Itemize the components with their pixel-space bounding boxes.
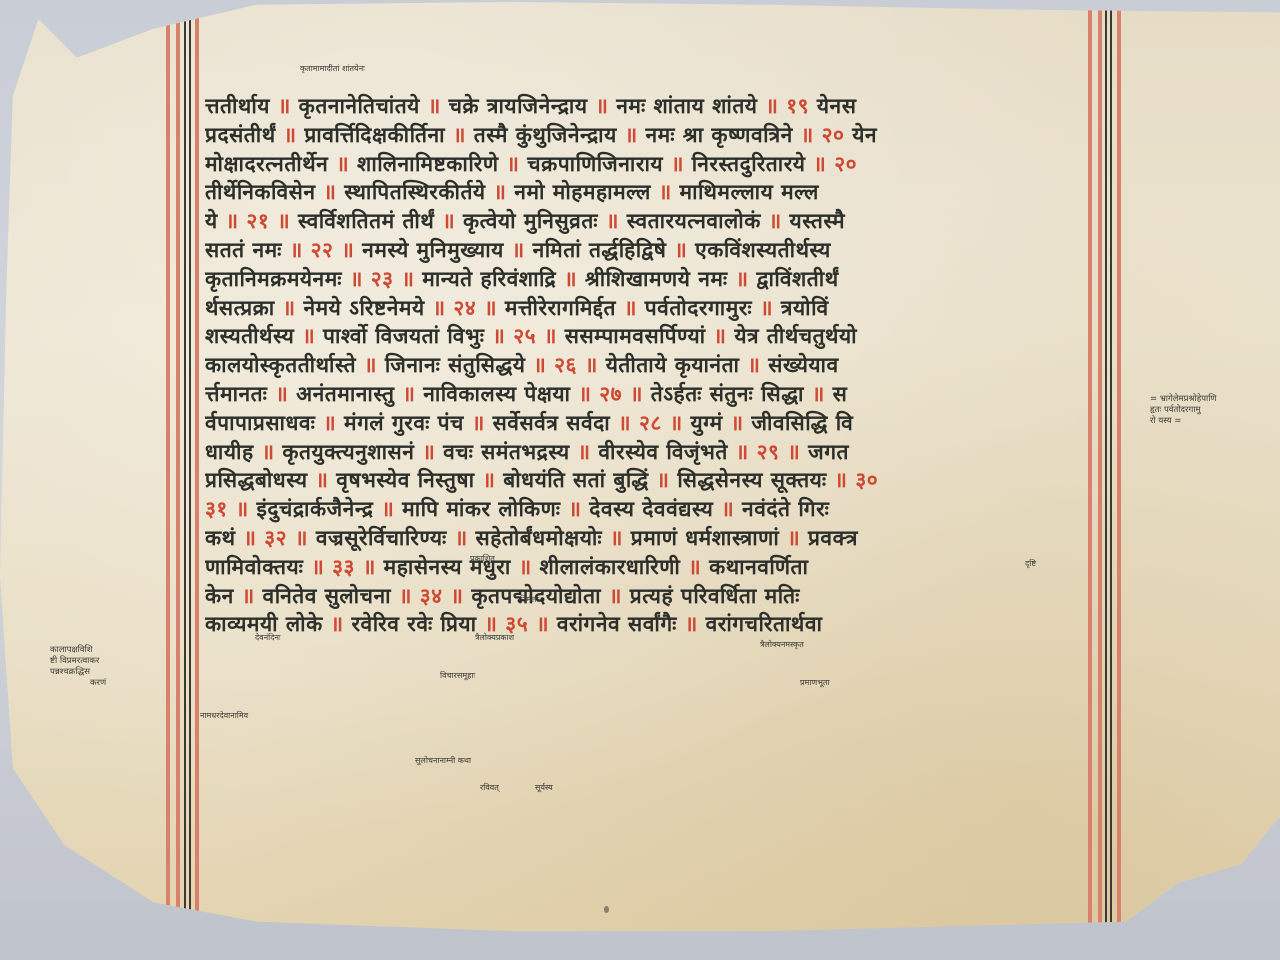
left-border-black-rule <box>189 0 191 960</box>
interlinear-gloss: रविवत् <box>480 782 499 793</box>
text-line: सततं नमः ॥ २२ ॥ नमस्ये मुनिमुख्याय ॥ नमि… <box>205 236 1085 265</box>
margin-note-line: = भ्रागेलेमप्रश्रोहेपाणि <box>1150 394 1217 405</box>
margin-note-line: ष्टी विप्रमरत्वाकर <box>50 656 106 667</box>
text-line: प्रसिद्धबोधस्य ॥ वृषभस्येव निस्तुषा ॥ बो… <box>205 466 1085 495</box>
text-line: कृतानिमक्रमयेनमः ॥ २३ ॥ मान्यते हरिवंशाद… <box>205 265 1085 294</box>
text-line: णामिवोक्तयः ॥ ३३ ॥ महासेनस्य मधुरा ॥ शील… <box>205 553 1085 582</box>
interlinear-gloss: त्रैलोक्यप्रकाश <box>475 632 514 643</box>
text-line: कालयोस्कृततीर्थास्ते ॥ जिनानः संतुसिद्धय… <box>205 351 1085 380</box>
interlinear-gloss: प्रकाशित <box>470 553 495 564</box>
text-line: केन ॥ वनितेव सुलोचना ॥ ३४ ॥ कृतपद्मोदयोद… <box>205 582 1085 611</box>
text-line: धायीह ॥ कृतयुक्त्यनुशासनं ॥ वचः समंतभद्र… <box>205 438 1085 467</box>
interlinear-gloss: सुलोचनानाम्नी कथा <box>415 755 471 766</box>
right-border-black-rule <box>1110 0 1112 960</box>
interlinear-gloss: नामधरदेवानामिव <box>200 710 248 721</box>
text-line: र्त्तमानतः ॥ अनंतमानास्तु ॥ नाविकालस्य प… <box>205 380 1085 409</box>
text-line: ये ॥ २१ ॥ स्वर्विशतितमं तीर्थं ॥ कृत्वेय… <box>205 207 1085 236</box>
interlinear-gloss: कृतामामादीतां शांतयेनः <box>300 64 370 74</box>
text-line: त्ततीर्थाय ॥ कृतनानेतिचांतये ॥ चक्रे त्र… <box>205 92 1085 121</box>
left-border-black-rule <box>184 0 186 960</box>
right-border-red-rule <box>1098 0 1102 960</box>
margin-note-line: पन्नश्चक्रद्धिस <box>50 667 106 678</box>
text-line: कथं ॥ ३२ ॥ वज्रसूरेर्विचारिण्यः ॥ सहेतोर… <box>205 524 1085 553</box>
paper-hole <box>604 906 609 913</box>
interlinear-gloss: देवनंदिनः <box>255 632 281 643</box>
interlinear-gloss: सूर्यस्य <box>535 782 553 793</box>
left-margin-note: कालापक्षविशि ष्टी विप्रमरत्वाकर पन्नश्चक… <box>50 645 106 689</box>
interlinear-gloss: त्रैलोक्यनमस्कृत <box>760 639 804 650</box>
right-margin-note: = भ्रागेलेमप्रश्रोहेपाणि हृतः पर्वतोदरगा… <box>1150 394 1217 427</box>
margin-note-line: रो यस्य = <box>1150 416 1217 427</box>
left-border-red-rule <box>195 0 199 960</box>
right-border-red-rule <box>1117 0 1121 960</box>
margin-note-line: कालापक्षविशि <box>50 645 106 656</box>
text-line: र्वपापाप्रसाधवः ॥ मंगलं गुरवः पंच ॥ सर्व… <box>205 409 1085 438</box>
interlinear-gloss: निर्मला <box>520 594 539 605</box>
text-line: प्रदसंतीर्थं ॥ प्रावर्त्तिदिक्षकीर्तिना … <box>205 121 1085 150</box>
text-line: काव्यमयी लोके ॥ रवेरिव रवेः प्रिया ॥ ३५ … <box>205 610 1085 639</box>
left-border-red-rule <box>166 0 170 960</box>
right-border-red-rule <box>1088 0 1092 960</box>
left-border-red-rule <box>176 0 180 960</box>
interlinear-gloss: विचारसमूहाः <box>440 670 475 681</box>
text-line: ३१ ॥ इंदुचंद्रार्कजैनेन्द्र ॥ मापि मांकर… <box>205 495 1085 524</box>
text-line: र्थसत्प्रक्रा ॥ नेमये ऽरिष्टनेमये ॥ २४ ॥… <box>205 294 1085 323</box>
interlinear-gloss: प्रमाणभूता <box>800 677 829 688</box>
text-line: शस्यतीर्थस्य ॥ पार्श्वो विजयतां विभुः ॥ … <box>205 322 1085 351</box>
margin-note-line: हृतः पर्वतोदरगामु <box>1150 405 1217 416</box>
text-line: मोक्षादरत्नतीर्थेन ॥ शालिनामिष्टकारिणे ॥… <box>205 150 1085 179</box>
manuscript-text-block: त्ततीर्थाय ॥ कृतनानेतिचांतये ॥ चक्रे त्र… <box>205 92 1085 639</box>
interlinear-gloss: दृष्टि <box>1025 558 1036 569</box>
right-border-black-rule <box>1105 0 1107 960</box>
margin-note-line: करणं <box>50 678 106 689</box>
text-line: तीर्थेनिकविसेन ॥ स्थापितस्थिरकीर्तये ॥ न… <box>205 178 1085 207</box>
